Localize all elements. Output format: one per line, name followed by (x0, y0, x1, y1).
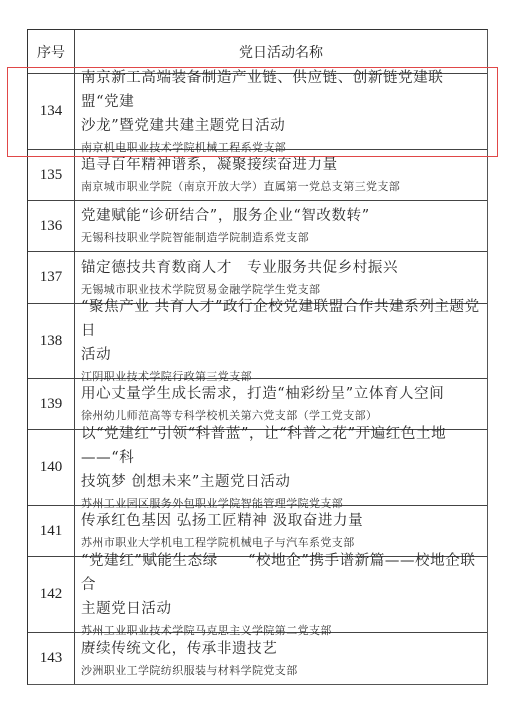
activity-title-line: 传承红色基因 弘扬工匠精神 汲取奋进力量 (81, 509, 481, 533)
table-row: 135追寻百年精神谱系，凝聚接续奋进力量南京城市职业学院（南京开放大学）直属第一… (28, 150, 487, 201)
table-row: 140以“党建红”引领“科普蓝”，让“科普之花”开遍红色土地——“科技筑梦 创想… (28, 430, 487, 506)
row-number: 141 (28, 506, 75, 556)
row-number: 140 (28, 430, 75, 505)
activity-title-line: 沙龙”暨党建共建主题党日活动 (81, 114, 481, 138)
activity-title-line: 锚定德技共育数商人才 专业服务共促乡村振兴 (81, 256, 481, 280)
activity-title-line: 技筑梦 创想未来”主题党日活动 (81, 470, 481, 494)
row-content: “党建红”赋能生态绿 “校地企”携手谱新篇——校地企联合主题党日活动苏州工业职业… (75, 557, 487, 632)
row-number: 136 (28, 201, 75, 251)
header-number: 序号 (28, 30, 75, 73)
row-number: 134 (28, 74, 75, 149)
row-number: 135 (28, 150, 75, 200)
activity-title-line: 赓续传统文化，传承非遗技艺 (81, 637, 481, 661)
activity-title-line: 用心丈量学生成长需求，打造“柚彩纷呈”立体育人空间 (81, 382, 481, 406)
row-content: 以“党建红”引领“科普蓝”，让“科普之花”开遍红色土地——“科技筑梦 创想未来”… (75, 430, 487, 505)
activity-table: 序号 党日活动名称 134南京新工高端装备制造产业链、供应链、创新链党建联盟“党… (27, 29, 488, 685)
organizing-unit: 沙洲职业工学院纺织服装与材料学院党支部 (81, 661, 481, 681)
activity-title-line: 追寻百年精神谱系，凝聚接续奋进力量 (81, 153, 481, 177)
activity-title-line: 党建赋能“诊研结合”，服务企业“智改数转” (81, 204, 481, 228)
row-content: 党建赋能“诊研结合”，服务企业“智改数转”无锡科技职业学院智能制造学院制造系党支… (75, 201, 487, 251)
activity-title-line: 活动 (81, 343, 481, 367)
row-number: 139 (28, 379, 75, 429)
organizing-unit: 无锡科技职业学院智能制造学院制造系党支部 (81, 228, 481, 248)
table-row: 142“党建红”赋能生态绿 “校地企”携手谱新篇——校地企联合主题党日活动苏州工… (28, 557, 487, 633)
activity-title-line: 主题党日活动 (81, 597, 481, 621)
row-content: 南京新工高端装备制造产业链、供应链、创新链党建联盟“党建沙龙”暨党建共建主题党日… (75, 74, 487, 149)
activity-title-line: 以“党建红”引领“科普蓝”，让“科普之花”开遍红色土地——“科 (81, 422, 481, 470)
activity-title-line: 南京新工高端装备制造产业链、供应链、创新链党建联盟“党建 (81, 66, 481, 114)
row-number: 143 (28, 633, 75, 684)
table-row: 136党建赋能“诊研结合”，服务企业“智改数转”无锡科技职业学院智能制造学院制造… (28, 201, 487, 252)
table-row: 134南京新工高端装备制造产业链、供应链、创新链党建联盟“党建沙龙”暨党建共建主… (28, 74, 487, 150)
activity-title-line: “党建红”赋能生态绿 “校地企”携手谱新篇——校地企联合 (81, 549, 481, 597)
organizing-unit: 南京城市职业学院（南京开放大学）直属第一党总支第三党支部 (81, 177, 481, 197)
table-row: 143赓续传统文化，传承非遗技艺沙洲职业工学院纺织服装与材料学院党支部 (28, 633, 487, 684)
activity-title-line: “聚焦产业 共育人才”政行企校党建联盟合作共建系列主题党日 (81, 295, 481, 343)
row-number: 137 (28, 252, 75, 303)
row-content: 赓续传统文化，传承非遗技艺沙洲职业工学院纺织服装与材料学院党支部 (75, 633, 487, 684)
row-number: 142 (28, 557, 75, 632)
row-content: 追寻百年精神谱系，凝聚接续奋进力量南京城市职业学院（南京开放大学）直属第一党总支… (75, 150, 487, 200)
row-content: “聚焦产业 共育人才”政行企校党建联盟合作共建系列主题党日活动江阴职业技术学院行… (75, 304, 487, 378)
table-row: 138“聚焦产业 共育人才”政行企校党建联盟合作共建系列主题党日活动江阴职业技术… (28, 304, 487, 379)
row-number: 138 (28, 304, 75, 378)
